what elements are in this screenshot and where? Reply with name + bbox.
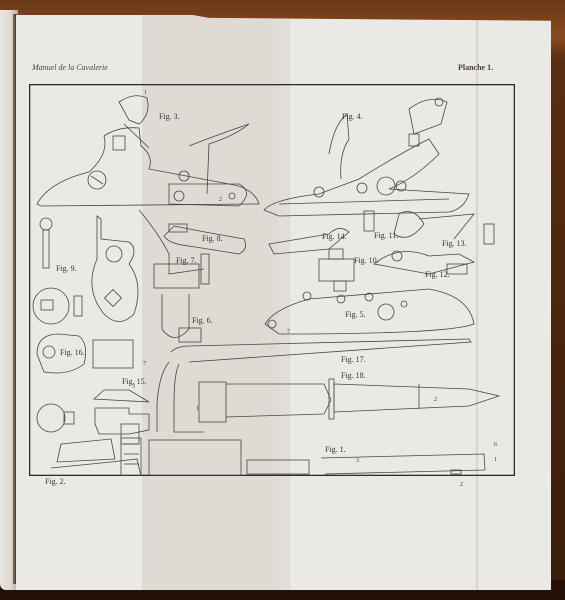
fig-9-parts [33, 216, 138, 373]
engraved-plate: Fig. 3. Fig. 4. Fig. 9. Fig. 8. Fig. 7. … [29, 84, 515, 476]
fig-17-18-bayonet [157, 339, 499, 432]
fig-label: Fig. 12. [425, 270, 450, 279]
fig-3-lock-drawing [37, 96, 259, 206]
fig-10-14-parts [269, 211, 494, 291]
fig-label: Fig. 8. [202, 234, 223, 243]
part-number: 3 [132, 384, 135, 390]
fig-label: Fig. 10. [354, 256, 379, 265]
fig-label: Fig. 5. [345, 310, 366, 319]
fig-label: Fig. 14. [322, 232, 347, 241]
fig-label: Fig. 18. [341, 371, 366, 380]
fig-label: Fig. 11. [374, 231, 398, 240]
running-head-title: Manuel de la Cavalerie [32, 63, 108, 72]
part-number: 2 [219, 197, 222, 203]
fig-label: Fig. 4. [342, 112, 363, 121]
part-number: 1 [196, 406, 199, 412]
fig-label: Fig. 3. [159, 112, 180, 121]
fig-4-lock-drawing [264, 98, 469, 216]
part-number: 2 [434, 397, 437, 403]
part-number: 2 [460, 482, 463, 488]
fig-label: Fig. 2. [45, 477, 66, 486]
fig-5-lockplate [265, 289, 474, 334]
fig-label: Fig. 9. [56, 264, 77, 273]
fig-label: Fig. 6. [192, 316, 213, 325]
part-number: 7 [287, 329, 290, 335]
fig-label: Fig. 13. [442, 239, 467, 248]
plate-number: Planche 1. [458, 63, 493, 72]
part-number: 3 [356, 458, 359, 464]
fig-1-2-bottom [51, 438, 485, 476]
fig-label: Fig. 7. [176, 256, 197, 265]
fig-label: Fig. 17. [341, 355, 366, 364]
part-number: 1 [144, 90, 147, 96]
engraving-illustration [29, 84, 515, 476]
part-number: 1 [494, 457, 497, 463]
fig-label: Fig. 1. [325, 445, 346, 454]
part-number: 7 [143, 361, 146, 367]
part-number: 6 [494, 442, 497, 448]
fig-label: Fig. 16. [60, 348, 85, 357]
